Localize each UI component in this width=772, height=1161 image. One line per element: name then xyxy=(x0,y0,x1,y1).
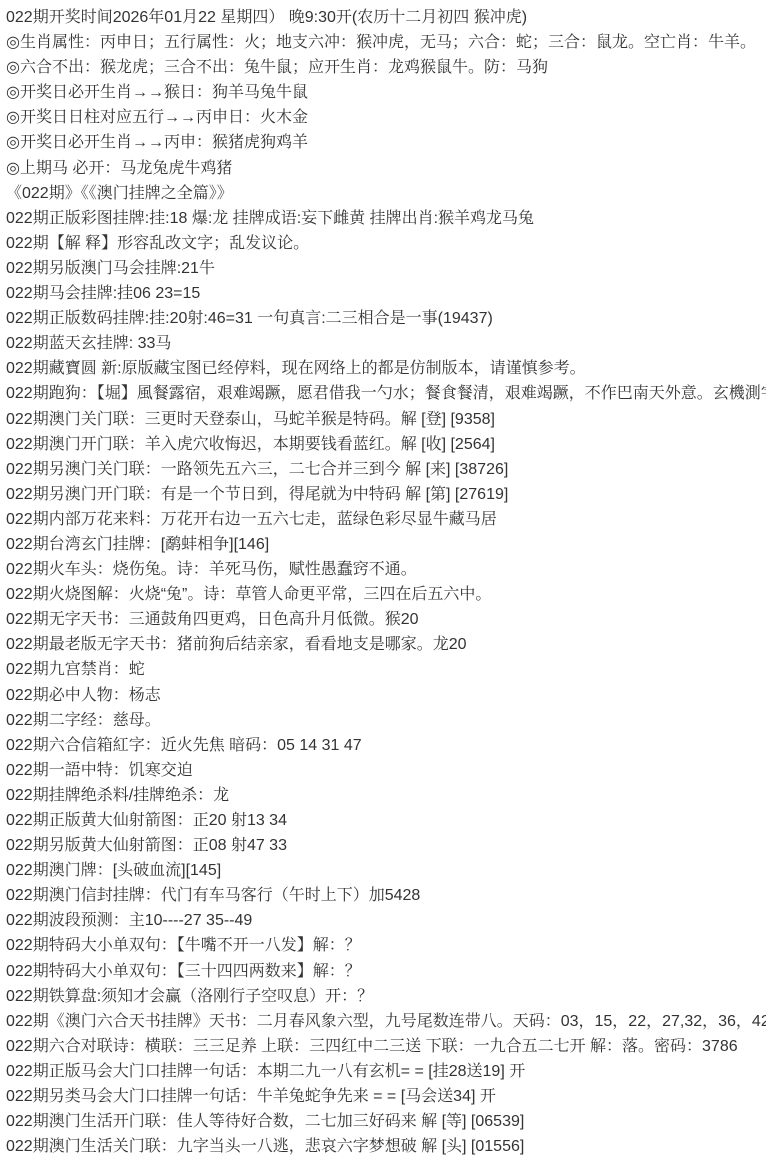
text-line-liuhe-exclusions: ◎六合不出：猴龙虎；三合不出：兔牛鼠；应开生肖：龙鸡猴鼠牛。防：马狗 xyxy=(6,55,766,80)
text-line-must-open-monkey-day: ◎开奖日必开生肖→→猴日：狗羊马兔牛鼠 xyxy=(6,80,766,105)
text-line-huoshao-tujie: 022期火烧图解：火烧“兔”。诗：草管人命更平常，三四在后五六中。 xyxy=(6,582,766,607)
text-line-macau-pai: 022期澳门牌：[头破血流][145] xyxy=(6,858,766,883)
text-line-special-code-phrase-1: 022期特码大小单双句：【牛嘴不开一八发】解：？ xyxy=(6,933,766,958)
text-line-bluesky-guapai: 022期蓝天玄挂牌: 33马 xyxy=(6,331,766,356)
text-line-official-color-chart: 022期正版彩图挂牌:挂:18 爆:龙 挂牌成语:妄下雌黄 挂牌出肖:猴羊鸡龙马… xyxy=(6,206,766,231)
text-line-jockey-guapai: 022期马会挂牌:挂06 23=15 xyxy=(6,281,766,306)
text-line-official-huangdaxian: 022期正版黄大仙射箭图：正20 射13 34 xyxy=(6,808,766,833)
text-line-liuhe-couplet-poem: 022期六合对联诗：横联：三三足养 上联：三四红中二三送 下联：一九合五二七开 … xyxy=(6,1034,766,1059)
text-line-paogou: 022期跑狗：【堀】風餐露宿，艰难竭蹶，愿君借我一勺水；餐食餐清，艰难竭蹶，不作… xyxy=(6,381,766,406)
text-line-guapai-kill: 022期挂牌绝杀料/挂牌绝杀：龙 xyxy=(6,783,766,808)
text-line-alt-macau-closing-couplet: 022期另澳门关门联：一路领先五六三，二七合并三到今 解 [来] [38726] xyxy=(6,457,766,482)
text-line-taiwan-xuanmen: 022期台湾玄门挂牌：[鹬蚌相争][146] xyxy=(6,532,766,557)
text-line-wuzi-tianshu: 022期无字天书：三通鼓角四更鸡，日色高升月低微。猴20 xyxy=(6,607,766,632)
text-line-must-hit-person: 022期必中人物：杨志 xyxy=(6,683,766,708)
text-line-alt-macau-opening-couplet: 022期另澳门开门联：有是一个节日到，得尾就为中特码 解 [第] [27619] xyxy=(6,482,766,507)
text-line-macau-life-opening-couplet: 022期澳门生活开门联：佳人等待好合数，二七加三好码来 解 [等] [06539… xyxy=(6,1109,766,1134)
text-line-mailbox-red-chars: 022期六合信箱紅字：近火先焦 暗码：05 14 31 47 xyxy=(6,733,766,758)
text-line-one-phrase-special: 022期一語中特：饥寒交迫 xyxy=(6,758,766,783)
text-line-digital-guapai: 022期正版数码挂牌:挂:20射:46=31 一句真言:二三相合是一事(1943… xyxy=(6,306,766,331)
text-line-band-prediction: 022期波段预测：主10----27 35--49 xyxy=(6,908,766,933)
text-line-macau-closing-couplet: 022期澳门关门联：三更时天登泰山，马蛇羊猴是特码。解 [登] [9358] xyxy=(6,407,766,432)
text-line-huochetou: 022期火车头：烧伤兔。诗：羊死马伤，赋性愚蠢窍不通。 xyxy=(6,557,766,582)
text-line-five-elements: ◎开奖日日柱对应五行→→丙申日：火木金 xyxy=(6,105,766,130)
text-line-alt-macau-jockey: 022期另版澳门马会挂牌:21牛 xyxy=(6,256,766,281)
text-line-liuhe-tianshu: 022期《澳门六合天书挂牌》天书：二月春风象六型，九号尾数连带八。天码：03，1… xyxy=(6,1009,766,1034)
text-line-jiugong-forbidden: 022期九宫禁肖：蛇 xyxy=(6,657,766,682)
text-line-internal-wanhua: 022期内部万花来料：万花开右边一五六七走，蓝绿色彩尽显牛藏马居 xyxy=(6,507,766,532)
text-line-must-open-bingshen: ◎开奖日必开生肖→→丙申：猴猪虎狗鸡羊 xyxy=(6,130,766,155)
text-line-macau-envelope: 022期澳门信封挂牌：代门有车马客行（午时上下）加5428 xyxy=(6,883,766,908)
text-line-two-char-scripture: 022期二字经：慈母。 xyxy=(6,708,766,733)
text-line-macau-life-closing-couplet: 022期澳门生活关门联：九字当头一八逃，悲哀六字梦想破 解 [头] [01556… xyxy=(6,1134,766,1159)
lottery-text-page: 022期开奖时间2026年01月22 星期四） 晚9:30开(农历十二月初四 猴… xyxy=(0,0,772,1161)
text-line-treasure-map-notice: 022期藏寶圆 新:原版藏宝图已经停料，现在网络上的都是仿制版本，请谨慎参考。 xyxy=(6,356,766,381)
text-line-special-code-phrase-2: 022期特码大小单双句：【三十四四两数来】解：？ xyxy=(6,959,766,984)
text-line-draw-time: 022期开奖时间2026年01月22 星期四） 晚9:30开(农历十二月初四 猴… xyxy=(6,5,766,30)
text-line-last-period-horse: ◎上期马 必开：马龙兔虎牛鸡猪 xyxy=(6,156,766,181)
text-line-macau-opening-couplet: 022期澳门开门联：羊入虎穴收悔迟，本期要钱看蓝红。解 [收] [2564] xyxy=(6,432,766,457)
text-line-zodiac-attributes: ◎生肖属性：丙申日；五行属性：火；地支六冲：猴冲虎，无马；六合：蛇；三合：鼠龙。… xyxy=(6,30,766,55)
text-line-iron-abacus: 022期铁算盘:须知才会赢（洛刚行子空叹息）开：？ xyxy=(6,984,766,1009)
text-line-alt-huangdaxian: 022期另版黄大仙射箭图：正08 射47 33 xyxy=(6,833,766,858)
text-line-oldest-wuzi-tianshu: 022期最老版无字天书：猪前狗后结亲家，看看地支是哪家。龙20 xyxy=(6,632,766,657)
text-line-official-gate-phrase: 022期正版马会大门口挂牌一句话：本期二九一八有玄机= = [挂28送19] 开 xyxy=(6,1059,766,1084)
text-line-explanation: 022期【解 释】形容乱改文字；乱发议论。 xyxy=(6,231,766,256)
text-line-alt-gate-phrase: 022期另类马会大门口挂牌一句话：牛羊兔蛇争先来 = = [马会送34] 开 xyxy=(6,1084,766,1109)
text-line-macau-guapai-title: 《022期》《《澳门挂牌之全篇》》 xyxy=(6,181,766,206)
